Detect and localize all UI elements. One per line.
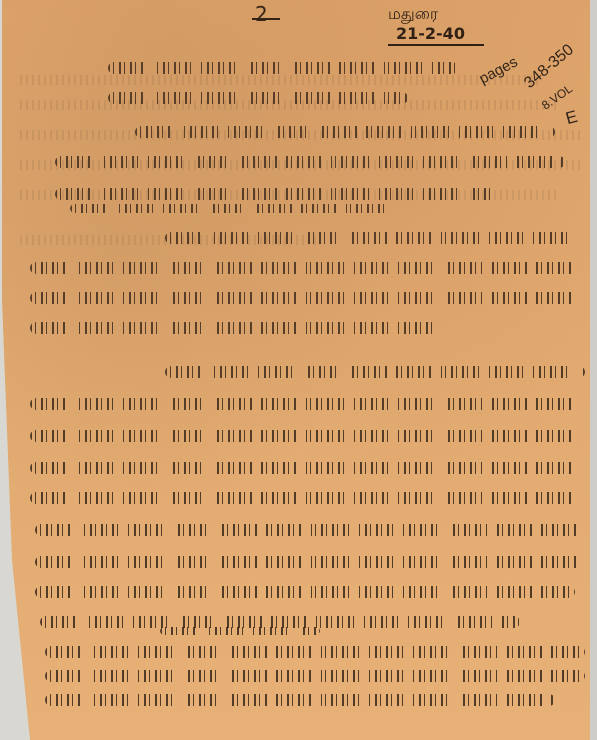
- page-number-underline: [252, 18, 280, 20]
- handwritten-line: [handwritten Tamil]: [35, 580, 575, 602]
- handwritten-line: [handwritten Tamil — with struck-through…: [30, 456, 585, 478]
- handwritten-line: [handwritten Tamil]: [135, 120, 555, 142]
- handwritten-line: [handwritten Tamil]: [30, 486, 585, 508]
- letter-page: 2 மதுரை 21-2-40 pages 348-350 8.VOL E [h…: [0, 0, 590, 740]
- letter-date: 21-2-40: [396, 24, 465, 43]
- handwritten-line: [handwritten Tamil — salutation line 1]: [108, 56, 458, 78]
- handwritten-line: [handwritten Tamil]: [165, 360, 585, 382]
- handwritten-line: [handwritten Tamil]: [30, 316, 440, 338]
- handwritten-line: [handwritten Tamil]: [45, 640, 585, 662]
- page-number: 2: [255, 2, 268, 26]
- handwritten-line: [handwritten Tamil — salutation line 2]: [108, 86, 408, 108]
- handwritten-line: [handwritten Tamil]: [30, 286, 585, 308]
- handwritten-line-inserted: [handwritten Tamil — inserted line]: [70, 200, 390, 216]
- handwritten-line: [handwritten Tamil]: [165, 226, 580, 248]
- handwritten-line: [handwritten Tamil]: [30, 424, 585, 446]
- handwritten-line: [handwritten Tamil]: [55, 150, 565, 172]
- handwritten-line: [handwritten Tamil]: [35, 550, 590, 572]
- handwritten-line: [handwritten Tamil — contains '16']: [30, 392, 585, 414]
- annotation-letter: E: [564, 107, 580, 129]
- date-underline: [388, 44, 484, 46]
- handwritten-line-inserted: [handwritten Tamil — inserted above line…: [160, 624, 320, 638]
- handwritten-line: [handwritten Tamil]: [30, 256, 585, 278]
- scan-edge: [590, 0, 597, 740]
- place-heading: மதுரை: [388, 4, 438, 25]
- handwritten-line: [handwritten Tamil — ends with dash]: [45, 688, 555, 710]
- handwritten-line: [handwritten Tamil — with struck-through…: [45, 664, 585, 686]
- handwritten-line: [handwritten Tamil]: [35, 518, 585, 540]
